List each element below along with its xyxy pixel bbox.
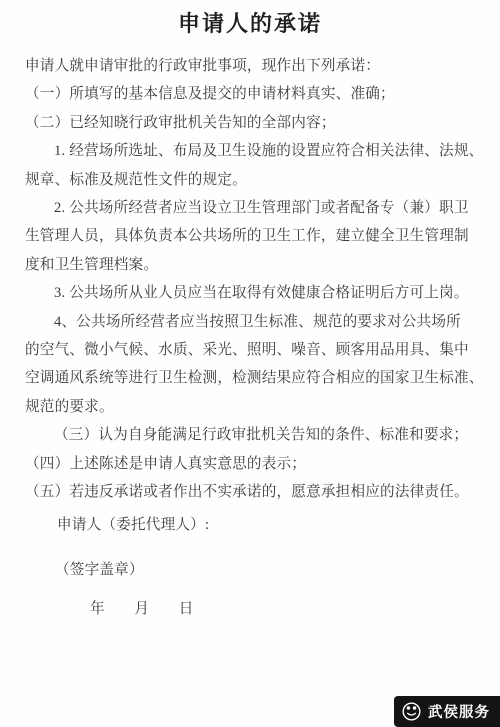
intro-line: 申请人就申请审批的行政审批事项，现作出下列承诺： [25, 52, 476, 80]
sub-item-2-line-2: 生管理人员，具体负责本公共场所的卫生工作，建立健全卫生管理制 [25, 222, 476, 250]
sub-item-2-line-3: 度和卫生管理档案。 [25, 251, 476, 279]
wuhou-service-badge: 武侯服务 [394, 696, 500, 727]
sub-item-4-line-1: 4、公共场所经营者应当按照卫生标准、规范的要求对公共场所 [25, 308, 476, 336]
commitment-item-3: （三）认为自身能满足行政审批机关告知的条件、标准和要求； [25, 421, 476, 449]
sub-item-1-line-2: 规章、标准及规范性文件的规定。 [25, 166, 476, 194]
commitment-item-5: （五）若违反承诺或者作出不实承诺的，愿意承担相应的法律责任。 [25, 478, 476, 506]
document-body: 申请人就申请审批的行政审批事项，现作出下列承诺： （一）所填写的基本信息及提交的… [0, 52, 500, 507]
document-title: 申请人的承诺 [0, 7, 500, 38]
sub-item-4-line-4: 规范的要求。 [25, 393, 476, 421]
wuhou-service-label: 武侯服务 [428, 701, 490, 722]
commitment-item-1: （一）所填写的基本信息及提交的申请材料真实、准确； [25, 80, 476, 108]
signature-block: 申请人（委托代理人）: （签字盖章） 年 月 日 [0, 511, 500, 624]
commitment-item-4: （四）上述陈述是申请人真实意思的表示； [25, 450, 476, 478]
sub-item-4-line-3: 空调通风系统等进行卫生检测，检测结果应符合相应的国家卫生标准、 [25, 364, 476, 392]
signature-date-line: 年 月 日 [25, 595, 475, 623]
sub-item-4-line-2: 的空气、微小气候、水质、采光、照明、噪音、顾客用品用具、集中 [25, 336, 476, 364]
wuhou-logo-icon [401, 701, 422, 722]
commitment-item-2: （二）已经知晓行政审批机关告知的全部内容； [25, 109, 476, 137]
sub-item-1-line-1: 1. 经营场所选址、布局及卫生设施的设置应符合相关法律、法规、 [25, 137, 476, 165]
signature-applicant-line: 申请人（委托代理人）: [25, 511, 475, 539]
document-page: 申请人的承诺 申请人就申请审批的行政审批事项，现作出下列承诺： （一）所填写的基… [0, 0, 500, 727]
signature-seal-line: （签字盖章） [25, 556, 475, 584]
sub-item-3-line-1: 3. 公共场所从业人员应当在取得有效健康合格证明后方可上岗。 [25, 279, 476, 307]
sub-item-2-line-1: 2. 公共场所经营者应当设立卫生管理部门或者配备专（兼）职卫 [25, 194, 476, 222]
